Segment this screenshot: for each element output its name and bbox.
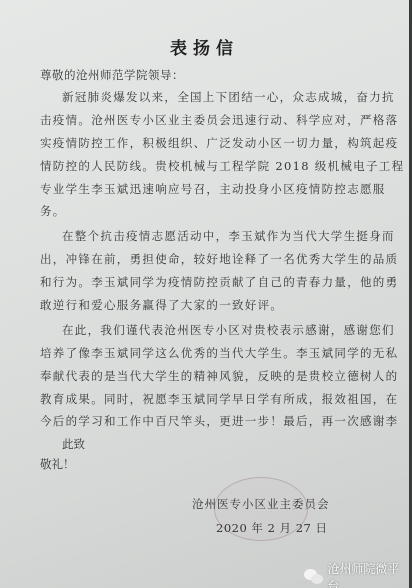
body-line: 在整个抗击疫情志愿活动中，李玉斌作为当代大学生挺身而 xyxy=(62,228,362,244)
body-line: 敢逆行和爱心服务赢得了大家的一致好评。 xyxy=(40,297,362,313)
watermark: 沧州师院微平台 xyxy=(304,560,409,588)
body-line: 击疫情。沧州医专小区业主委员会迅速行动、科学应对，严格落 xyxy=(40,112,362,128)
body-line: 情防控的人民防线。贵校机械与工程学院 2018 级机械电子工程 xyxy=(40,158,362,174)
salutation: 尊敬的沧州师范学院领导： xyxy=(40,67,184,83)
letter-paper: 表扬信 尊敬的沧州师范学院领导： 新冠肺炎爆发以来，全国上下团结一心，众志成城，… xyxy=(0,0,409,588)
body-line: 务。 xyxy=(40,203,362,219)
body-line: 和行为。李玉斌同学为疫情防控贡献了自己的青春力量，他的勇 xyxy=(40,274,362,290)
wechat-icon xyxy=(304,569,323,585)
watermark-text: 沧州师院微平台 xyxy=(327,560,409,588)
body-line: 出，冲锋在前，勇担使命，较好地诠释了一名优秀大学生的品质 xyxy=(40,251,362,267)
body-line: 新冠肺炎爆发以来，全国上下团结一心，众志成城，奋力抗 xyxy=(62,89,362,105)
body-line: 实疫情防控工作，积极组织、广泛发动小区一切力量，构筑起疫 xyxy=(40,135,362,151)
body-line: 教育成果。同时，祝愿李玉斌同学早日学有所成，报效祖国，在 xyxy=(40,391,362,407)
body-line: 专业学生李玉斌迅速响应号召，主动投身小区疫情防控志愿服 xyxy=(40,181,362,197)
closing-jingli: 敬礼！ xyxy=(40,456,75,472)
closing-cizhi: 此致 xyxy=(62,436,85,452)
body-line: 在此，我们谨代表沧州医专小区对贵校表示感谢，感谢您们 xyxy=(62,322,362,338)
body-line: 今后的学习和工作中百尺竿头，更进一步！最后，再一次感谢李 xyxy=(40,413,362,429)
body-line: 培养了像李玉斌同学这么优秀的当代大学生。李玉斌同学的无私 xyxy=(40,345,362,361)
signature-organization: 沧州医专小区业主委员会 xyxy=(192,496,330,512)
letter-title: 表扬信 xyxy=(0,34,409,59)
body-line: 奉献代表的是当代大学生的精神风貌，反映的是贵校立德树人的 xyxy=(40,368,362,384)
signature-date: 2020 年 2 月 27 日 xyxy=(216,520,328,536)
